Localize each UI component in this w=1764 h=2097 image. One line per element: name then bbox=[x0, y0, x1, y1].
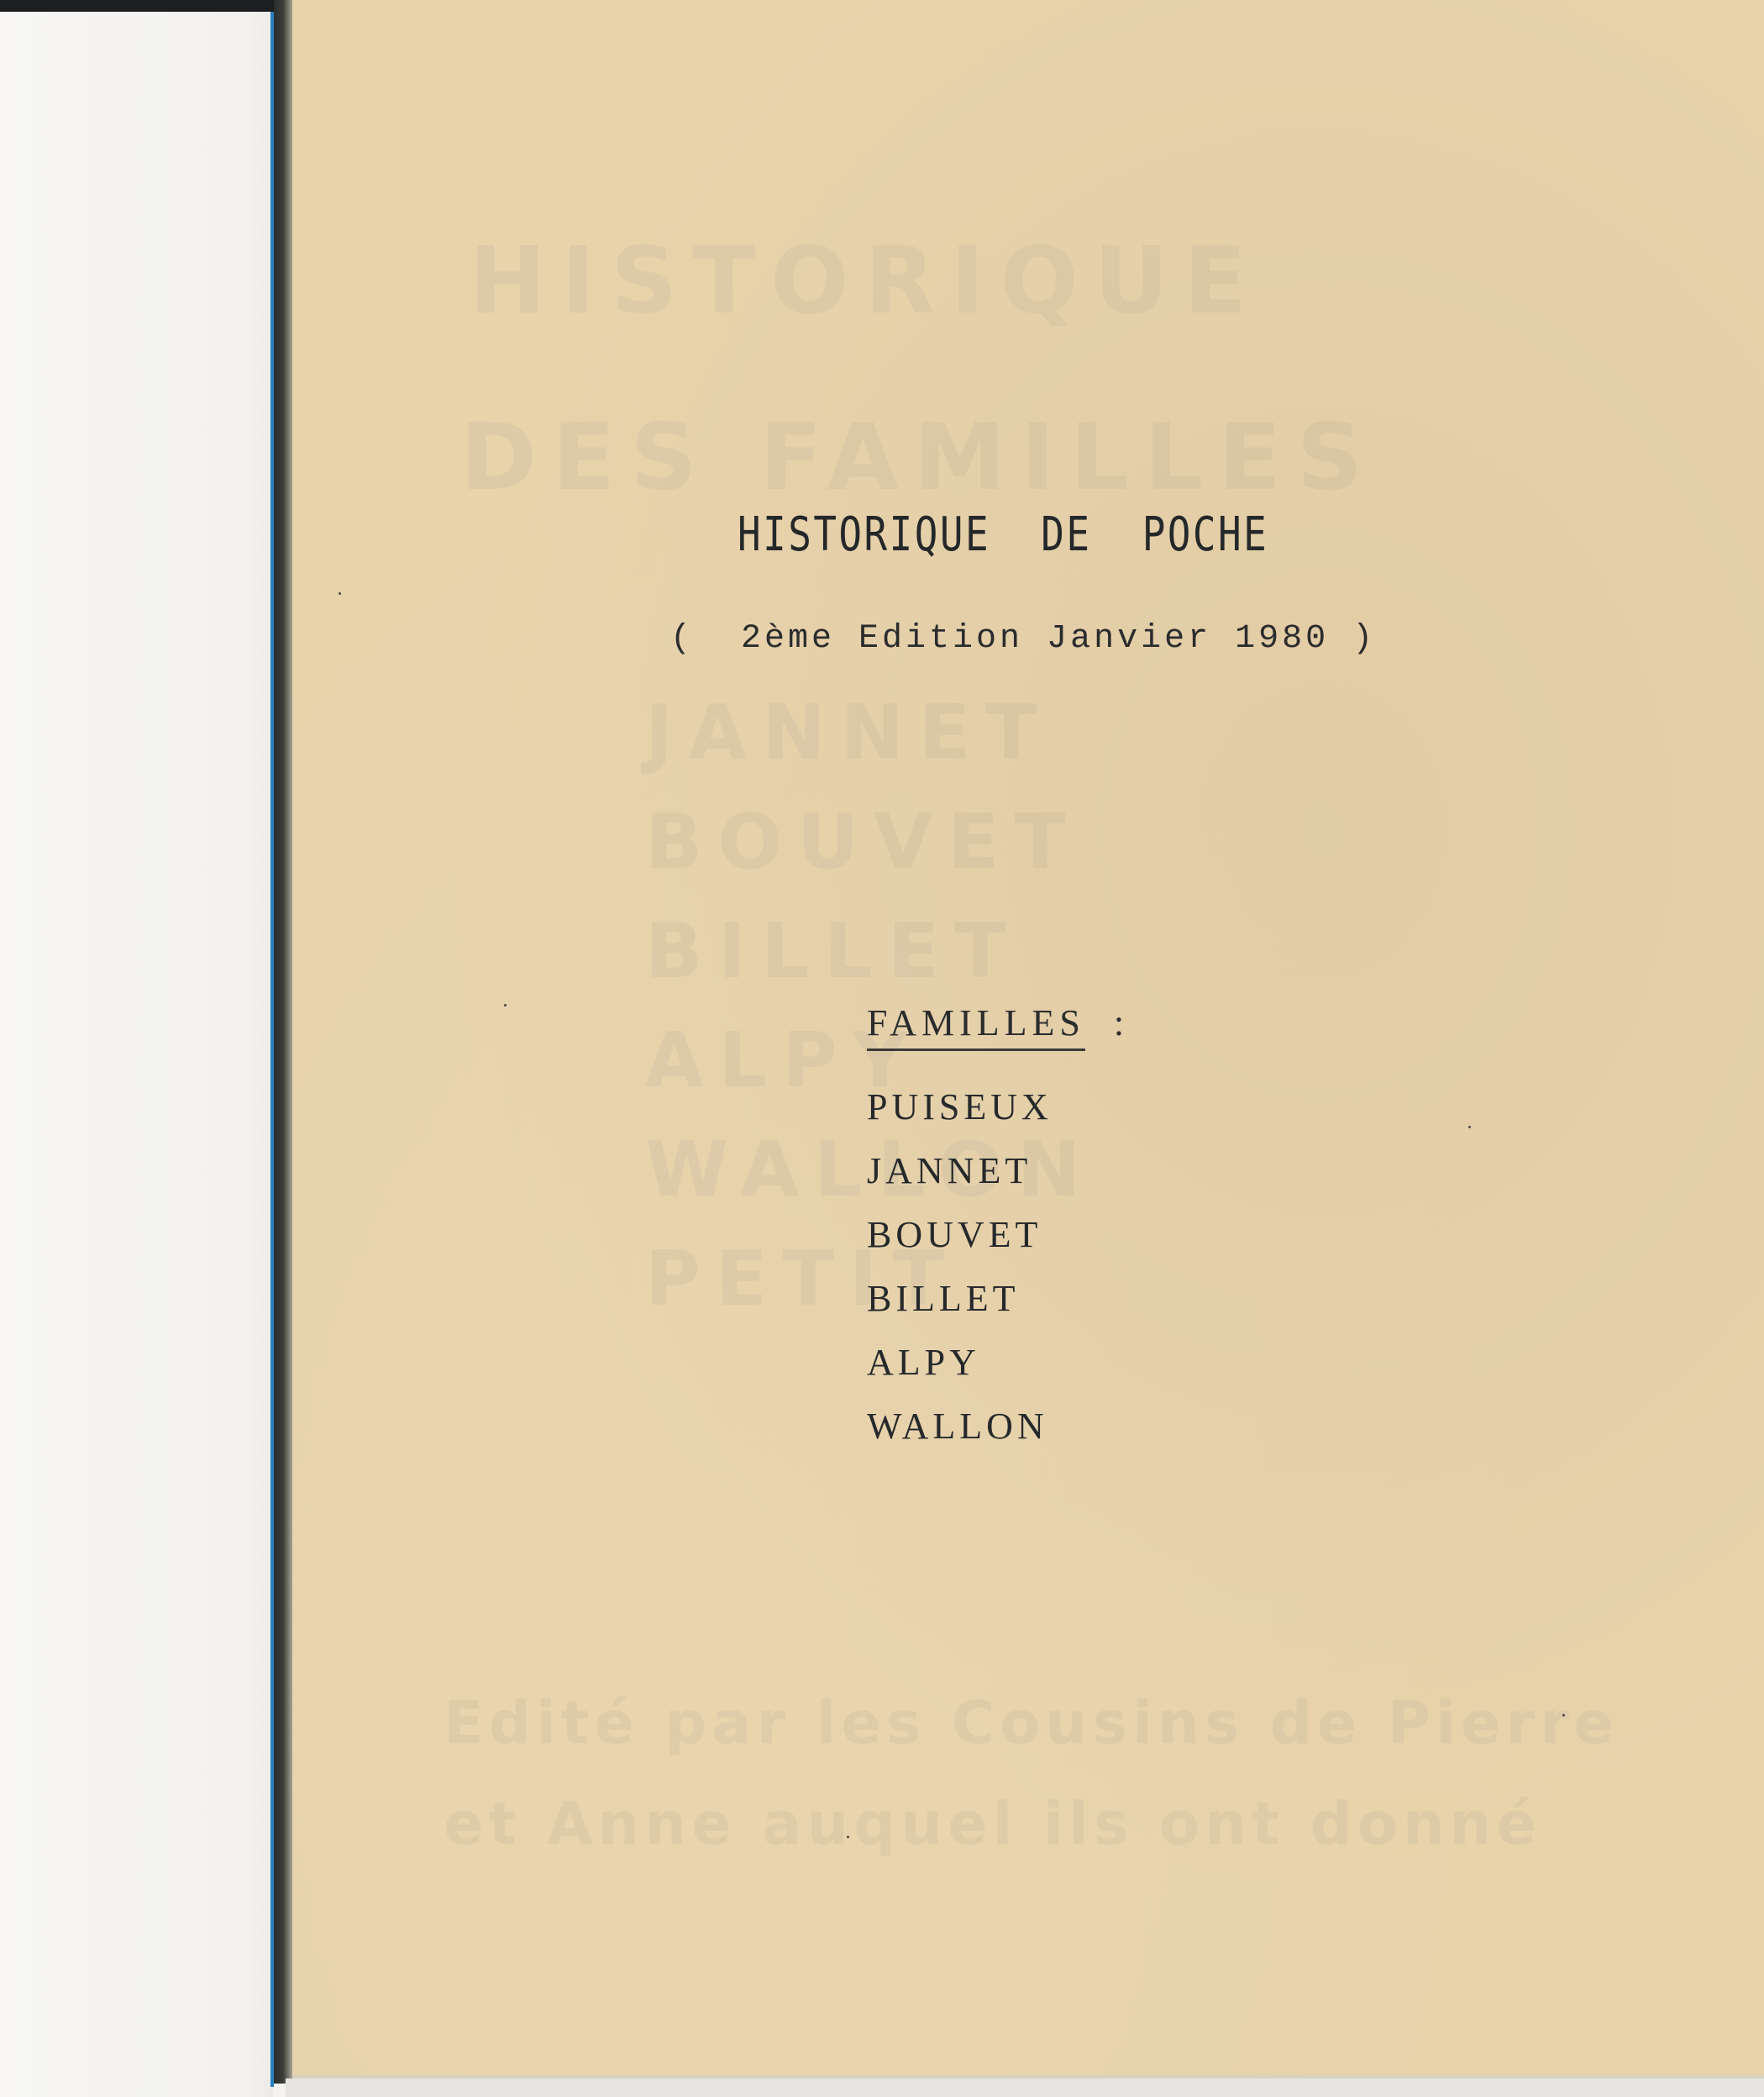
family-name: JANNET bbox=[867, 1148, 1053, 1211]
scanner-top-shadow bbox=[0, 0, 281, 12]
facing-blank-page bbox=[0, 12, 273, 2097]
bleed-through-text: JANNET bbox=[645, 689, 1053, 777]
bleed-through-text: BILLET bbox=[645, 907, 1021, 996]
book-binding-spine bbox=[274, 0, 292, 2084]
family-name: WALLON bbox=[867, 1403, 1053, 1467]
scanner-bottom-margin bbox=[286, 2079, 1764, 2097]
bleed-through-text: Edité par les Cousins de Pierre bbox=[444, 1689, 1619, 1758]
bleed-through-text: et Anne auquel ils ont donné bbox=[444, 1790, 1541, 1858]
edition-subtitle: ( 2ème Edition Janvier 1980 ) bbox=[670, 620, 1376, 658]
family-name: BILLET bbox=[867, 1275, 1053, 1339]
families-heading: FAMILLES : bbox=[867, 1001, 1129, 1044]
families-heading-colon: : bbox=[1114, 1002, 1129, 1043]
family-name: PUISEUX bbox=[867, 1084, 1053, 1148]
bleed-through-text: HISTORIQUE bbox=[469, 227, 1262, 334]
family-list: PUISEUX JANNET BOUVET BILLET ALPY WALLON bbox=[867, 1084, 1053, 1467]
bleed-through-text: DES FAMILLES bbox=[460, 403, 1378, 511]
family-name: BOUVET bbox=[867, 1211, 1053, 1275]
family-name: ALPY bbox=[867, 1339, 1053, 1403]
document-title: HISTORIQUE DE POCHE bbox=[738, 507, 1268, 562]
bleed-through-text: BOUVET bbox=[645, 798, 1081, 886]
families-heading-label: FAMILLES bbox=[867, 1002, 1085, 1051]
